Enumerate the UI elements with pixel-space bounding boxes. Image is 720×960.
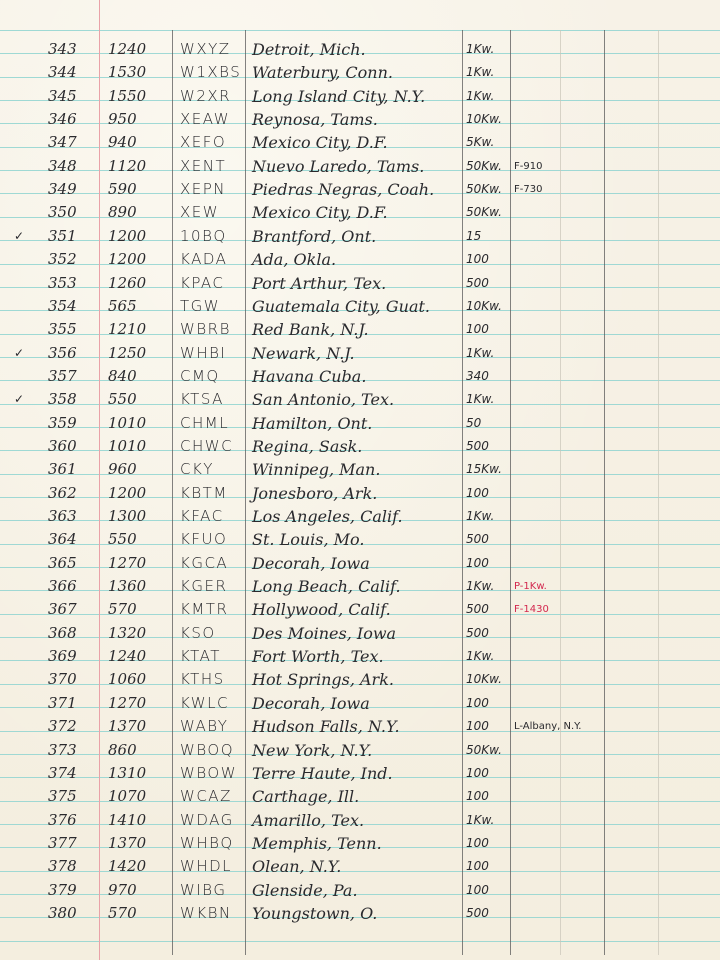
call-sign: CKY xyxy=(180,458,214,481)
location: Amarillo, Tex. xyxy=(252,809,364,832)
call-sign: W2XR xyxy=(180,85,231,108)
log-entry-row: 373 860 WBOQ New York, N.Y. 50Kw. xyxy=(0,739,720,762)
power: 100 xyxy=(466,832,489,855)
power: 100 xyxy=(466,879,489,902)
entry-number: 348 xyxy=(48,155,77,178)
frequency: 860 xyxy=(108,739,137,762)
entry-number: 368 xyxy=(48,622,77,645)
location: Ada, Okla. xyxy=(252,248,336,271)
call-sign: WDAG xyxy=(180,809,234,832)
power: 100 xyxy=(466,785,489,808)
log-entry-row: 374 1310 WBOW Terre Haute, Ind. 100 xyxy=(0,762,720,785)
note: F-910 xyxy=(514,155,542,178)
entry-number: 355 xyxy=(48,318,77,341)
location: Red Bank, N.J. xyxy=(252,318,369,341)
frequency: 1010 xyxy=(108,412,146,435)
power: 1Kw. xyxy=(466,575,494,598)
location: Hamilton, Ont. xyxy=(252,412,372,435)
log-entry-row: 353 1260 KPAC Port Arthur, Tex. 500 xyxy=(0,272,720,295)
log-entry-row: 343 1240 WXYZ Detroit, Mich. 1Kw. xyxy=(0,38,720,61)
power: 1Kw. xyxy=(466,38,494,61)
entry-number: 352 xyxy=(48,248,77,271)
location: Glenside, Pa. xyxy=(252,879,358,902)
log-entry-row: 369 1240 KTAT Fort Worth, Tex. 1Kw. xyxy=(0,645,720,668)
entry-number: 378 xyxy=(48,855,77,878)
power: 100 xyxy=(466,318,489,341)
log-entry-row: 363 1300 KFAC Los Angeles, Calif. 1Kw. xyxy=(0,505,720,528)
log-entry-row: 378 1420 WHDL Olean, N.Y. 100 xyxy=(0,855,720,878)
log-entry-row: 361 960 CKY Winnipeg, Man. 15Kw. xyxy=(0,458,720,481)
entry-number: 380 xyxy=(48,902,77,925)
entry-number: 366 xyxy=(48,575,77,598)
frequency: 1200 xyxy=(108,482,146,505)
power: 100 xyxy=(466,482,489,505)
log-entry-row: ✓ 356 1250 WHBI Newark, N.J. 1Kw. xyxy=(0,342,720,365)
call-sign: XEFO xyxy=(180,131,226,154)
power: 10Kw. xyxy=(466,295,502,318)
location: Youngstown, O. xyxy=(252,902,377,925)
log-entry-row: 350 890 XEW Mexico City, D.F. 50Kw. xyxy=(0,201,720,224)
call-sign: KTHS xyxy=(180,668,225,691)
location: Des Moines, Iowa xyxy=(252,622,396,645)
location: Hot Springs, Ark. xyxy=(252,668,394,691)
entry-number: 364 xyxy=(48,528,77,551)
log-entry-row: ✓ 351 1200 10BQ Brantford, Ont. 15 xyxy=(0,225,720,248)
log-entry-row: 346 950 XEAW Reynosa, Tams. 10Kw. xyxy=(0,108,720,131)
entry-number: 367 xyxy=(48,598,77,621)
log-entry-row: 368 1320 KSO Des Moines, Iowa 500 xyxy=(0,622,720,645)
checkmark: ✓ xyxy=(14,342,24,365)
power: 50Kw. xyxy=(466,155,502,178)
log-entry-row: 355 1210 WBRB Red Bank, N.J. 100 xyxy=(0,318,720,341)
power: 500 xyxy=(466,435,489,458)
frequency: 1240 xyxy=(108,645,146,668)
entry-number: 374 xyxy=(48,762,77,785)
power: 10Kw. xyxy=(466,668,502,691)
call-sign: CHML xyxy=(180,412,229,435)
call-sign: CHWC xyxy=(180,435,233,458)
log-entry-row: 362 1200 KBTM Jonesboro, Ark. 100 xyxy=(0,482,720,505)
frequency: 890 xyxy=(108,201,137,224)
power: 50 xyxy=(466,412,481,435)
log-entry-row: 380 570 WKBN Youngstown, O. 500 xyxy=(0,902,720,925)
call-sign: KMTR xyxy=(180,598,228,621)
frequency: 1260 xyxy=(108,272,146,295)
location: Decorah, Iowa xyxy=(252,692,370,715)
frequency: 1310 xyxy=(108,762,146,785)
location: St. Louis, Mo. xyxy=(252,528,364,551)
log-entry-row: 359 1010 CHML Hamilton, Ont. 50 xyxy=(0,412,720,435)
frequency: 570 xyxy=(108,902,137,925)
power: 1Kw. xyxy=(466,342,494,365)
log-entry-row: 348 1120 XENT Nuevo Laredo, Tams. 50Kw. … xyxy=(0,155,720,178)
entry-number: 349 xyxy=(48,178,77,201)
power: 1Kw. xyxy=(466,61,494,84)
location: Terre Haute, Ind. xyxy=(252,762,393,785)
call-sign: KBTM xyxy=(180,482,228,505)
power: 500 xyxy=(466,598,489,621)
frequency: 1210 xyxy=(108,318,146,341)
location: Decorah, Iowa xyxy=(252,552,370,575)
entry-number: 354 xyxy=(48,295,77,318)
entry-number: 344 xyxy=(48,61,77,84)
entry-number: 351 xyxy=(48,225,77,248)
entry-number: 363 xyxy=(48,505,77,528)
call-sign: WHBQ xyxy=(180,832,234,855)
call-sign: WABY xyxy=(180,715,228,738)
frequency: 1070 xyxy=(108,785,146,808)
call-sign: WBOQ xyxy=(180,739,234,762)
entry-number: 362 xyxy=(48,482,77,505)
log-entry-row: 366 1360 KGER Long Beach, Calif. 1Kw. P-… xyxy=(0,575,720,598)
call-sign: KGER xyxy=(180,575,227,598)
power: 100 xyxy=(466,715,489,738)
frequency: 1240 xyxy=(108,38,146,61)
frequency: 940 xyxy=(108,131,137,154)
frequency: 1270 xyxy=(108,552,146,575)
entry-number: 358 xyxy=(48,388,77,411)
power: 15 xyxy=(466,225,481,248)
log-entry-row: 364 550 KFUO St. Louis, Mo. 500 xyxy=(0,528,720,551)
log-entry-row: 347 940 XEFO Mexico City, D.F. 5Kw. xyxy=(0,131,720,154)
call-sign: KSO xyxy=(180,622,216,645)
location: Long Beach, Calif. xyxy=(252,575,401,598)
call-sign: WHBI xyxy=(180,342,226,365)
location: Jonesboro, Ark. xyxy=(252,482,377,505)
power: 340 xyxy=(466,365,489,388)
power: 1Kw. xyxy=(466,85,494,108)
log-entry-row: 375 1070 WCAZ Carthage, Ill. 100 xyxy=(0,785,720,808)
call-sign: XEPN xyxy=(180,178,226,201)
frequency: 565 xyxy=(108,295,137,318)
frequency: 1010 xyxy=(108,435,146,458)
log-entry-row: 344 1530 W1XBS Waterbury, Conn. 1Kw. xyxy=(0,61,720,84)
entry-number: 347 xyxy=(48,131,77,154)
entry-number: 350 xyxy=(48,201,77,224)
call-sign: XEAW xyxy=(180,108,230,131)
call-sign: KPAC xyxy=(180,272,224,295)
entry-number: 370 xyxy=(48,668,77,691)
frequency: 590 xyxy=(108,178,137,201)
frequency: 1270 xyxy=(108,692,146,715)
frequency: 1360 xyxy=(108,575,146,598)
note: F-1430 xyxy=(514,598,549,621)
power: 1Kw. xyxy=(466,809,494,832)
location: Carthage, Ill. xyxy=(252,785,359,808)
frequency: 840 xyxy=(108,365,137,388)
log-entry-row: 379 970 WIBG Glenside, Pa. 100 xyxy=(0,879,720,902)
log-entry-row: 349 590 XEPN Piedras Negras, Coah. 50Kw.… xyxy=(0,178,720,201)
entry-number: 371 xyxy=(48,692,77,715)
entry-number: 373 xyxy=(48,739,77,762)
entry-number: 365 xyxy=(48,552,77,575)
power: 1Kw. xyxy=(466,388,494,411)
frequency: 1200 xyxy=(108,248,146,271)
entry-number: 379 xyxy=(48,879,77,902)
power: 100 xyxy=(466,692,489,715)
frequency: 1420 xyxy=(108,855,146,878)
call-sign: KTSA xyxy=(180,388,224,411)
checkmark: ✓ xyxy=(14,388,24,411)
entry-number: 356 xyxy=(48,342,77,365)
frequency: 1530 xyxy=(108,61,146,84)
location: Regina, Sask. xyxy=(252,435,362,458)
note: L-Albany, N.Y. xyxy=(514,715,581,738)
location: New York, N.Y. xyxy=(252,739,372,762)
location: Detroit, Mich. xyxy=(252,38,366,61)
location: Newark, N.J. xyxy=(252,342,355,365)
frequency: 1320 xyxy=(108,622,146,645)
location: Piedras Negras, Coah. xyxy=(252,178,434,201)
frequency: 570 xyxy=(108,598,137,621)
location: San Antonio, Tex. xyxy=(252,388,394,411)
power: 100 xyxy=(466,855,489,878)
frequency: 1250 xyxy=(108,342,146,365)
entry-number: 353 xyxy=(48,272,77,295)
call-sign: KFUO xyxy=(180,528,227,551)
power: 1Kw. xyxy=(466,645,494,668)
frequency: 1370 xyxy=(108,832,146,855)
entry-number: 369 xyxy=(48,645,77,668)
note: P-1Kw. xyxy=(514,575,547,598)
ruled-line xyxy=(0,941,720,942)
call-sign: WXYZ xyxy=(180,38,231,61)
ledger-page: 343 1240 WXYZ Detroit, Mich. 1Kw. 344 15… xyxy=(0,0,720,960)
call-sign: TGW xyxy=(180,295,220,318)
log-entry-row: 357 840 CMQ Havana Cuba. 340 xyxy=(0,365,720,388)
entry-number: 343 xyxy=(48,38,77,61)
log-entry-row: 345 1550 W2XR Long Island City, N.Y. 1Kw… xyxy=(0,85,720,108)
log-entry-row: 371 1270 KWLC Decorah, Iowa 100 xyxy=(0,692,720,715)
power: 50Kw. xyxy=(466,201,502,224)
call-sign: KFAC xyxy=(180,505,224,528)
log-entry-row: 376 1410 WDAG Amarillo, Tex. 1Kw. xyxy=(0,809,720,832)
entry-number: 345 xyxy=(48,85,77,108)
call-sign: WBRB xyxy=(180,318,231,341)
location: Winnipeg, Man. xyxy=(252,458,380,481)
log-entry-row: 360 1010 CHWC Regina, Sask. 500 xyxy=(0,435,720,458)
log-entry-row: 365 1270 KGCA Decorah, Iowa 100 xyxy=(0,552,720,575)
checkmark: ✓ xyxy=(14,225,24,248)
log-entry-row: 370 1060 KTHS Hot Springs, Ark. 10Kw. xyxy=(0,668,720,691)
power: 100 xyxy=(466,248,489,271)
call-sign: XEW xyxy=(180,201,219,224)
power: 500 xyxy=(466,528,489,551)
location: Mexico City, D.F. xyxy=(252,201,388,224)
frequency: 1060 xyxy=(108,668,146,691)
entry-number: 359 xyxy=(48,412,77,435)
location: Brantford, Ont. xyxy=(252,225,376,248)
location: Port Arthur, Tex. xyxy=(252,272,386,295)
location: Hudson Falls, N.Y. xyxy=(252,715,400,738)
call-sign: WHDL xyxy=(180,855,232,878)
power: 50Kw. xyxy=(466,178,502,201)
ruled-line xyxy=(0,30,720,31)
entry-number: 372 xyxy=(48,715,77,738)
power: 1Kw. xyxy=(466,505,494,528)
call-sign: XENT xyxy=(180,155,226,178)
frequency: 960 xyxy=(108,458,137,481)
call-sign: KTAT xyxy=(180,645,221,668)
log-entry-row: ✓ 358 550 KTSA San Antonio, Tex. 1Kw. xyxy=(0,388,720,411)
location: Guatemala City, Guat. xyxy=(252,295,430,318)
location: Long Island City, N.Y. xyxy=(252,85,425,108)
log-entry-row: 367 570 KMTR Hollywood, Calif. 500 F-143… xyxy=(0,598,720,621)
frequency: 1300 xyxy=(108,505,146,528)
call-sign: WIBG xyxy=(180,879,226,902)
call-sign: KWLC xyxy=(180,692,229,715)
power: 100 xyxy=(466,552,489,575)
frequency: 1410 xyxy=(108,809,146,832)
location: Fort Worth, Tex. xyxy=(252,645,384,668)
location: Havana Cuba. xyxy=(252,365,366,388)
power: 15Kw. xyxy=(466,458,502,481)
entry-number: 376 xyxy=(48,809,77,832)
log-entry-row: 372 1370 WABY Hudson Falls, N.Y. 100 L-A… xyxy=(0,715,720,738)
location: Los Angeles, Calif. xyxy=(252,505,403,528)
note: F-730 xyxy=(514,178,542,201)
power: 50Kw. xyxy=(466,739,502,762)
entry-number: 346 xyxy=(48,108,77,131)
frequency: 1120 xyxy=(108,155,146,178)
location: Nuevo Laredo, Tams. xyxy=(252,155,424,178)
call-sign: KGCA xyxy=(180,552,228,575)
log-entry-row: 377 1370 WHBQ Memphis, Tenn. 100 xyxy=(0,832,720,855)
call-sign: WKBN xyxy=(180,902,232,925)
call-sign: 10BQ xyxy=(180,225,227,248)
entry-number: 360 xyxy=(48,435,77,458)
entry-number: 375 xyxy=(48,785,77,808)
location: Reynosa, Tams. xyxy=(252,108,378,131)
call-sign: W1XBS xyxy=(180,61,241,84)
power: 500 xyxy=(466,622,489,645)
entry-number: 377 xyxy=(48,832,77,855)
call-sign: KADA xyxy=(180,248,227,271)
call-sign: WCAZ xyxy=(180,785,232,808)
entry-number: 357 xyxy=(48,365,77,388)
frequency: 1550 xyxy=(108,85,146,108)
frequency: 1200 xyxy=(108,225,146,248)
frequency: 1370 xyxy=(108,715,146,738)
frequency: 950 xyxy=(108,108,137,131)
location: Mexico City, D.F. xyxy=(252,131,388,154)
frequency: 970 xyxy=(108,879,137,902)
frequency: 550 xyxy=(108,528,137,551)
call-sign: WBOW xyxy=(180,762,237,785)
location: Waterbury, Conn. xyxy=(252,61,393,84)
log-entry-row: 352 1200 KADA Ada, Okla. 100 xyxy=(0,248,720,271)
location: Olean, N.Y. xyxy=(252,855,341,878)
power: 10Kw. xyxy=(466,108,502,131)
call-sign: CMQ xyxy=(180,365,220,388)
power: 100 xyxy=(466,762,489,785)
log-entry-row: 354 565 TGW Guatemala City, Guat. 10Kw. xyxy=(0,295,720,318)
power: 500 xyxy=(466,272,489,295)
power: 5Kw. xyxy=(466,131,494,154)
entry-number: 361 xyxy=(48,458,77,481)
power: 500 xyxy=(466,902,489,925)
location: Hollywood, Calif. xyxy=(252,598,391,621)
location: Memphis, Tenn. xyxy=(252,832,382,855)
frequency: 550 xyxy=(108,388,137,411)
